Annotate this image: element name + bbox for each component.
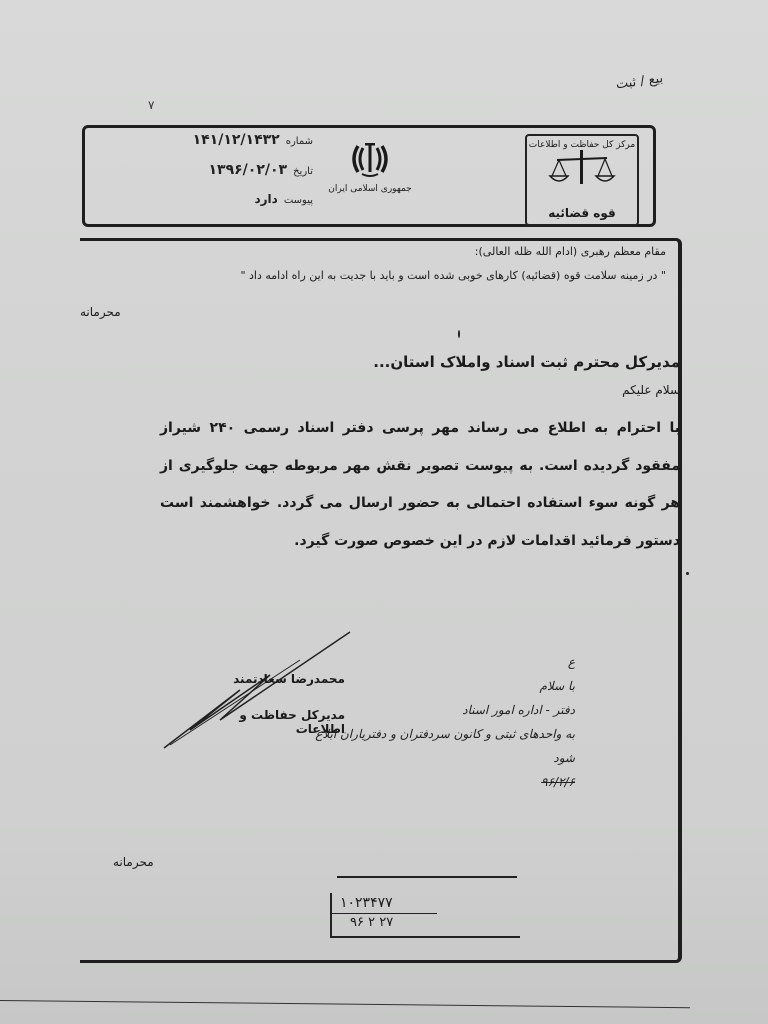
number-row: شماره ۱۴۱/۱۲/۱۴۳۲ xyxy=(93,132,313,162)
number-label: شماره xyxy=(286,136,313,147)
confidential-mark-top: محرمانه xyxy=(80,305,121,319)
letter-body-frame: مقام معظم رهبری (ادام الله ظله العالی): … xyxy=(80,238,682,963)
page-mark: ۷ xyxy=(148,98,154,112)
letterhead-box: شماره ۱۴۱/۱۲/۱۴۳۲ تاریخ ۱۳۹۶/۰۲/۰۳ پیوست… xyxy=(82,125,656,227)
corner-handwritten-note: بیع / ثبت xyxy=(603,71,668,119)
attachment-label: پیوست xyxy=(284,195,313,206)
judiciary-logo: مرکز کل حفاظت و اطلاعات قوه قضائیه xyxy=(525,134,639,226)
number-value: ۱۴۱/۱۲/۱۴۳۲ xyxy=(193,132,280,148)
leader-quote-label: مقام معظم رهبری (ادام الله ظله العالی): xyxy=(475,245,666,258)
org-name: قوه قضائیه xyxy=(527,206,637,220)
note-line: به واحدهای ثبتی و کانون سردفتران و دفتری… xyxy=(300,722,575,770)
stamp-date: ۹۶ ۲ ۲۷ xyxy=(350,915,393,930)
stamp-divider xyxy=(332,913,437,914)
speck xyxy=(458,330,460,338)
letter-metadata: شماره ۱۴۱/۱۲/۱۴۳۲ تاریخ ۱۳۹۶/۰۲/۰۳ پیوست… xyxy=(93,132,313,222)
attachment-value: دارد xyxy=(254,192,277,206)
iran-emblem-icon xyxy=(348,140,392,178)
confidential-mark-bottom: محرمانه xyxy=(113,855,154,869)
date-value: ۱۳۹۶/۰۲/۰۳ xyxy=(209,162,288,178)
org-arc-text: مرکز کل حفاظت و اطلاعات xyxy=(527,140,637,150)
note-line: ع xyxy=(300,650,575,674)
date-row: تاریخ ۱۳۹۶/۰۲/۰۳ xyxy=(93,162,313,192)
handwritten-referral-note: ع با سلام دفتر - اداره امور اسناد به واح… xyxy=(300,650,575,794)
speck xyxy=(686,572,689,575)
stamp-number: ۱۰۲۳۴۷۷ xyxy=(340,895,393,911)
note-line: دفتر - اداره امور اسناد xyxy=(300,698,575,722)
body-paragraph: با احترام به اطلاع می رساند مهر پرسی دفت… xyxy=(160,410,680,560)
greeting: سلام علیکم xyxy=(622,383,680,397)
stamp-top-line xyxy=(337,876,517,878)
attachment-row: پیوست دارد xyxy=(93,192,313,222)
scanned-letter-page: بیع / ثبت ۷ شماره ۱۴۱/۱۲/۱۴۳۲ تاریخ ۱۳۹۶… xyxy=(0,0,768,1024)
leader-quote: " در زمینه سلامت قوه (قضائیه) کارهای خوب… xyxy=(240,269,666,282)
scales-of-justice-icon xyxy=(547,150,617,190)
national-emblem: جمهوری اسلامی ایران xyxy=(325,140,415,194)
date-label: تاریخ xyxy=(293,166,313,177)
note-date: ۹۶/۲/۶ xyxy=(300,770,575,794)
note-line: با سلام xyxy=(300,674,575,698)
emblem-caption: جمهوری اسلامی ایران xyxy=(325,184,415,194)
page-bottom-edge xyxy=(0,1000,690,1008)
receipt-stamp: ۱۰۲۳۴۷۷ ۹۶ ۲ ۲۷ xyxy=(330,893,520,938)
recipient-line: مدیرکل محترم ثبت اسناد واملاک استان... xyxy=(373,353,680,371)
